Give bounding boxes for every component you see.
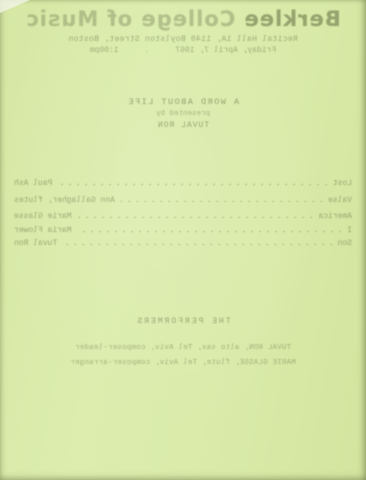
program-row: America Marie Glasse bbox=[14, 212, 352, 221]
presented-by-label: presented by bbox=[0, 110, 366, 118]
piece-performer: Maria Flower bbox=[14, 226, 72, 235]
date-time-separator: . bbox=[145, 46, 150, 55]
credit-line: TUVAL RON, alto sax, Tel Aviv, composer-… bbox=[0, 344, 366, 352]
piece-performer: Paul Ash bbox=[14, 179, 52, 188]
piece-title: Lost bbox=[333, 179, 352, 188]
piece-title: Son bbox=[338, 239, 352, 248]
piece-performer: Ann Gallagher, flutes bbox=[14, 196, 115, 205]
piece-performer: Tuval Ron bbox=[14, 239, 57, 248]
piece-title: America bbox=[318, 212, 352, 221]
piece-title: Valse bbox=[328, 196, 352, 205]
presenter-name: TUVAL RON bbox=[0, 121, 366, 130]
program-row: Lost Paul Ash bbox=[14, 179, 352, 188]
piece-title: I bbox=[347, 226, 352, 235]
dotted-leader bbox=[58, 183, 326, 185]
venue-line: Recital Hall 1A, 1140 Boylston Street, B… bbox=[0, 35, 366, 44]
performers-heading: THE PERFORMERS bbox=[0, 317, 366, 326]
dotted-leader bbox=[121, 200, 322, 202]
dotted-leader bbox=[78, 230, 342, 232]
program-title: A WORD ABOUT LIFE bbox=[0, 97, 366, 107]
dotted-leader bbox=[78, 216, 313, 218]
date-line: Friday, April 7, 1967.1:00pm bbox=[0, 46, 366, 55]
piece-performer: Marie Glasse bbox=[14, 212, 72, 221]
masthead: Berklee College of Music bbox=[0, 7, 366, 31]
date-text: Friday, April 7, 1967 bbox=[175, 46, 276, 55]
brand-name: Berklee bbox=[244, 7, 341, 31]
mirrored-showthrough-text: Berklee College of Music Recital Hall 1A… bbox=[0, 0, 366, 480]
credit-line: MARIE GLASSE, flute, Tel Aviv, composer-… bbox=[0, 359, 366, 367]
time-text: 1:00pm bbox=[90, 46, 119, 55]
program-row: Son Tuval Ron bbox=[14, 239, 352, 248]
program-row: Valse Ann Gallagher, flutes bbox=[14, 196, 352, 205]
brand-tagline: College of Music bbox=[25, 7, 243, 31]
scanned-program-page: Berklee College of Music Recital Hall 1A… bbox=[0, 0, 366, 480]
dotted-leader bbox=[63, 243, 331, 245]
program-row: I Maria Flower bbox=[14, 226, 352, 235]
